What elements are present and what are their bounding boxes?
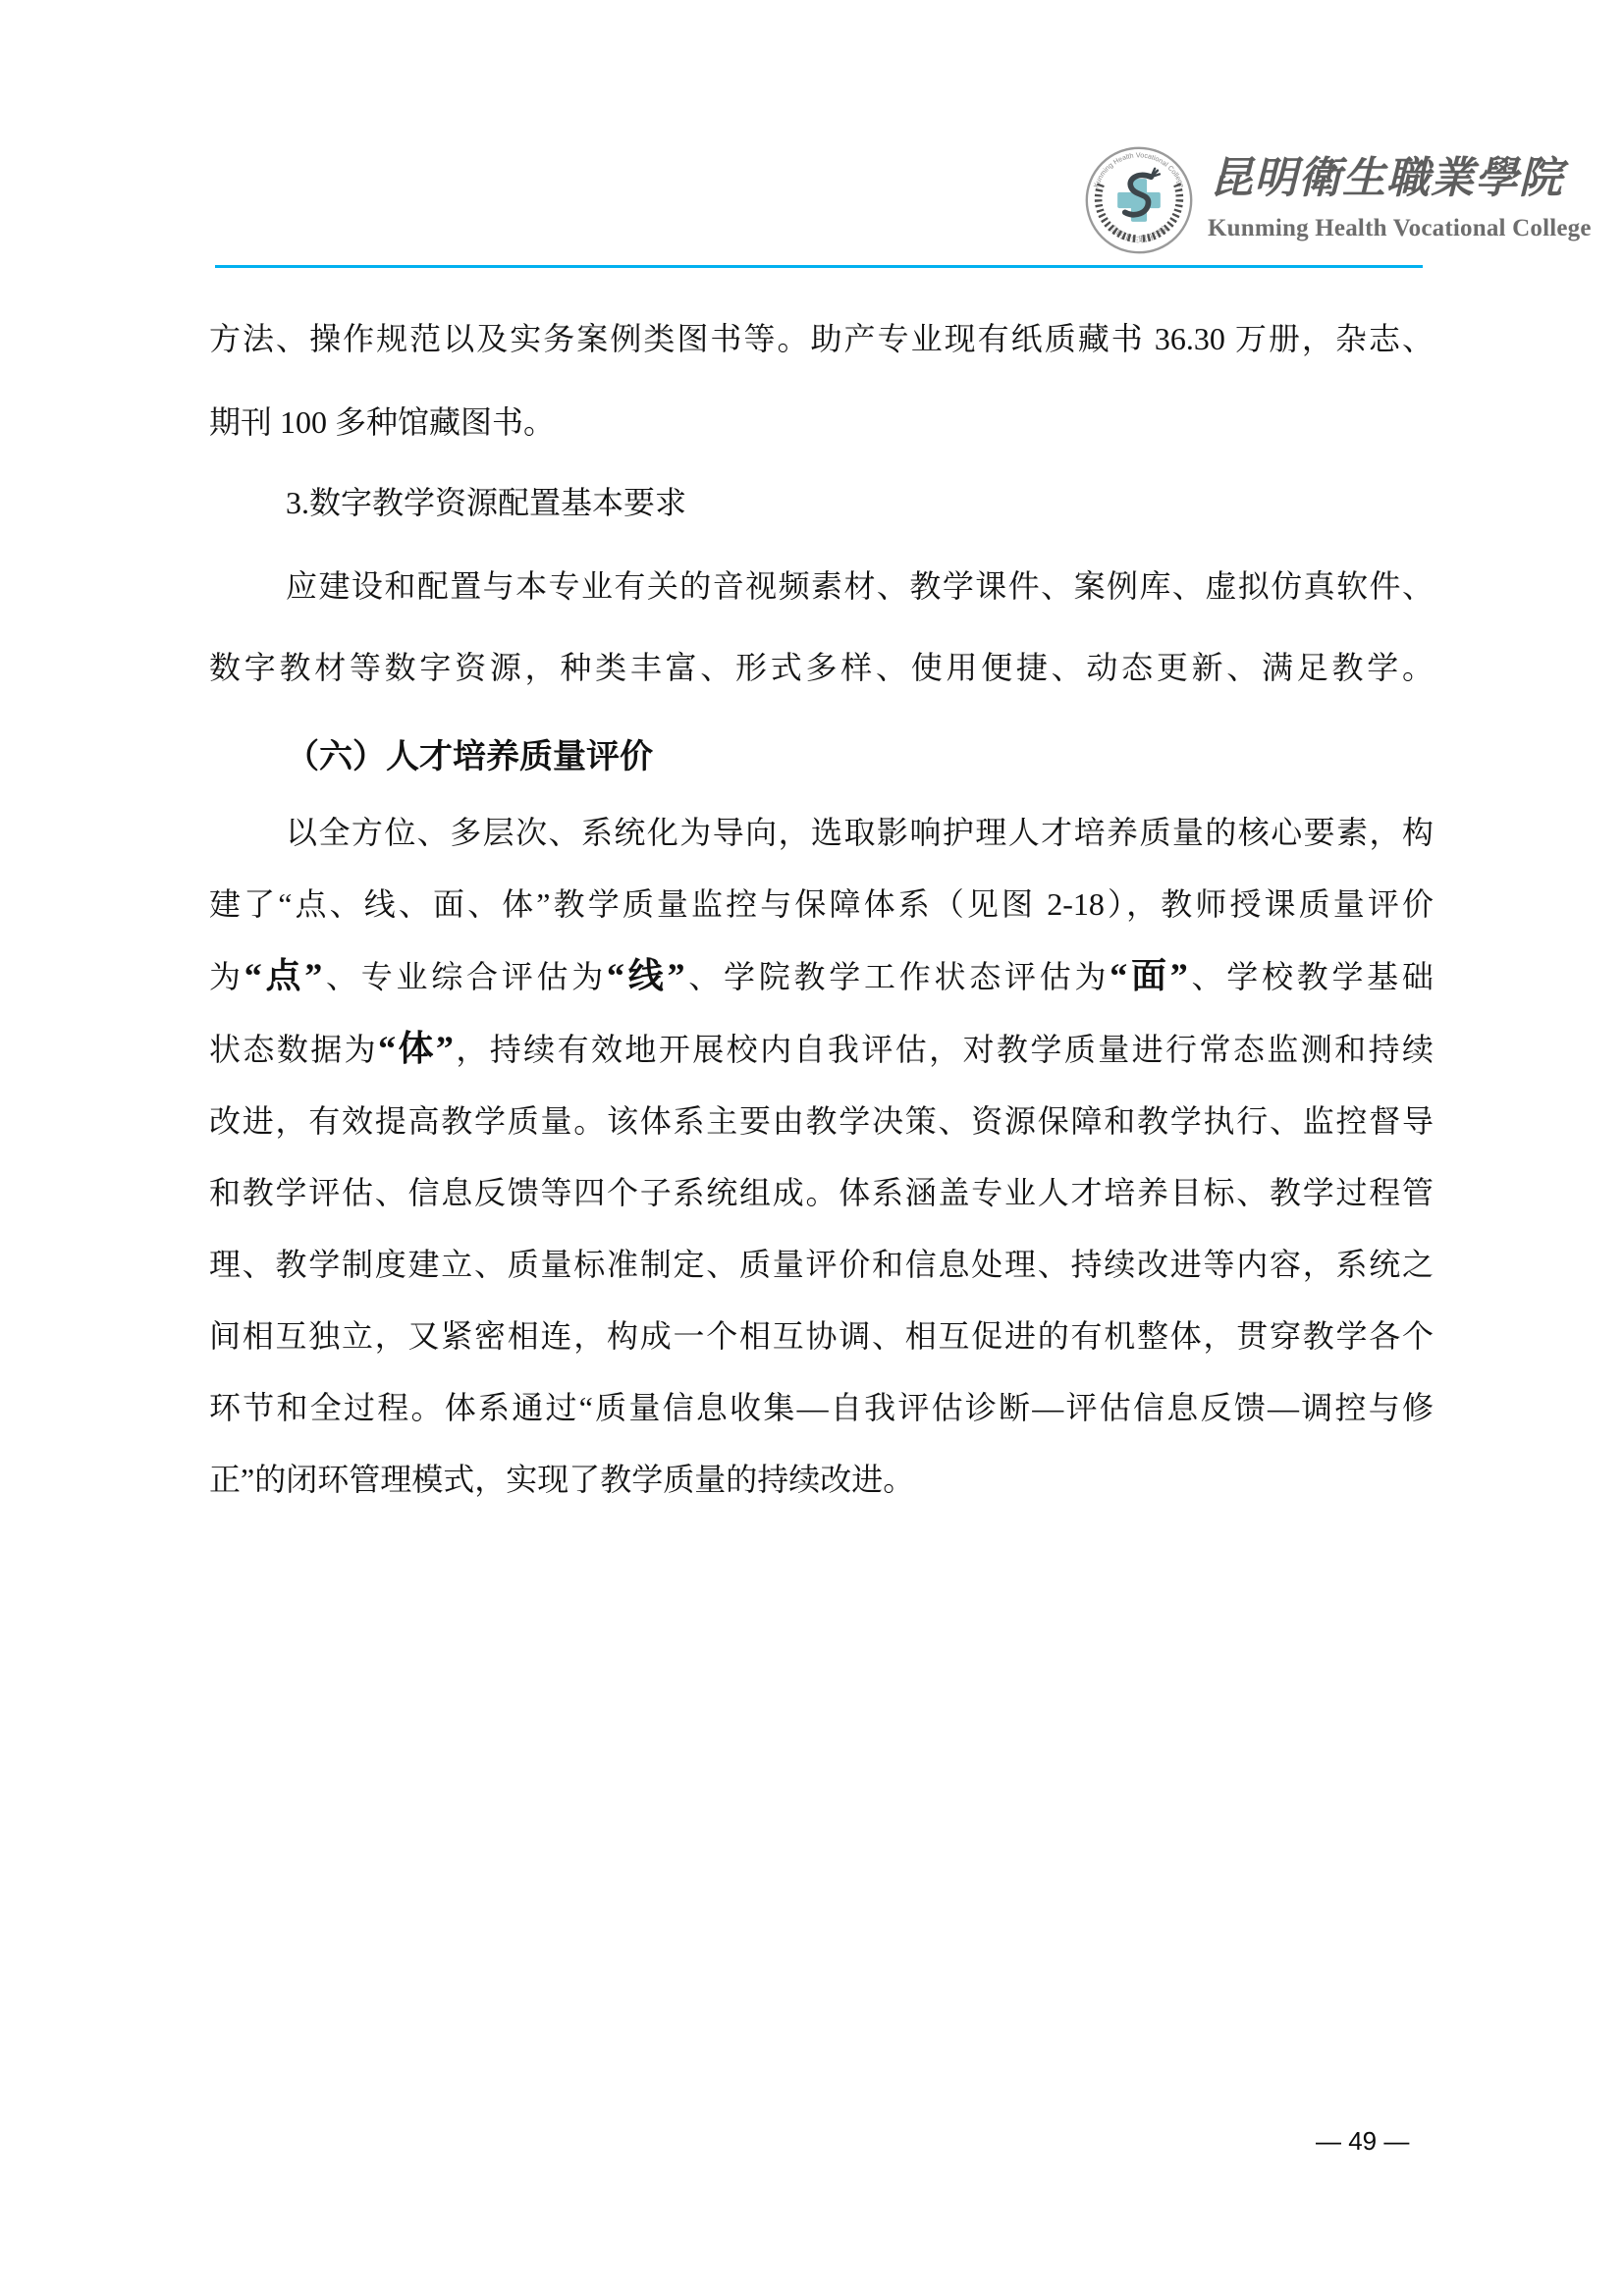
text-segment: 以全方位、多层次、系统化为导向，选取影响护理人才培养质量的核心要素，构 bbox=[286, 815, 1434, 850]
college-seal-logo: Kunming Health Vocational College 昆明卫生职业… bbox=[1083, 144, 1195, 256]
text-segment-bold: “点” bbox=[244, 956, 323, 995]
text-line: 间相互独立，又紧密相连，构成一个相互协调、相互促进的有机整体，贯穿教学各个 bbox=[209, 1301, 1434, 1372]
text-line: 数字教材等数字资源，种类丰富、形式多样、使用便捷、动态更新、满足教学。 bbox=[209, 627, 1434, 709]
text-segment: ，持续有效地开展校内自我评估，对教学质量进行常态监测和持续 bbox=[454, 1032, 1434, 1067]
text-segment: 、学校教学基础 bbox=[1188, 959, 1434, 994]
text-line: 理、教学制度建立、质量标准制定、质量评价和信息处理、持续改进等内容，系统之 bbox=[209, 1229, 1434, 1301]
section-heading: （六）人才培养质量评价 bbox=[209, 728, 1434, 787]
text-segment: 状态数据为 bbox=[209, 1032, 378, 1067]
text-segment: 改进，有效提高教学质量。该体系主要由教学决策、资源保障和教学执行、监控督导 bbox=[209, 1103, 1434, 1139]
text-line: 3.数字教学资源配置基本要求 bbox=[209, 461, 1434, 545]
text-segment-bold: “线” bbox=[607, 956, 685, 995]
college-name-calligraphy: 昆明衛生職業學院 bbox=[1210, 147, 1553, 210]
text-segment: 和教学评估、信息反馈等四个子系统组成。体系涵盖专业人才培养目标、教学过程管 bbox=[209, 1175, 1434, 1210]
text-segment-bold: “体” bbox=[378, 1029, 454, 1068]
header-divider-line bbox=[215, 265, 1423, 268]
paragraph: 应建设和配置与本专业有关的音视频素材、教学课件、案例库、虚拟仿真软件、 数字教材… bbox=[209, 546, 1434, 709]
text-line: 和教学评估、信息反馈等四个子系统组成。体系涵盖专业人才培养目标、教学过程管 bbox=[209, 1157, 1434, 1229]
text-segment: 建了“点、线、面、体”教学质量监控与保障体系（见图 2-18），教师授课质量评价 bbox=[209, 886, 1434, 922]
college-name-english: Kunming Health Vocational College bbox=[1208, 214, 1571, 243]
text-line: 建了“点、线、面、体”教学质量监控与保障体系（见图 2-18），教师授课质量评价 bbox=[209, 869, 1434, 940]
text-line: 为“点”、专业综合评估为“线”、学院教学工作状态评估为“面”、学校教学基础 bbox=[209, 940, 1434, 1013]
page-number: — 49 — bbox=[1316, 2126, 1443, 2156]
text-line: 应建设和配置与本专业有关的音视频素材、教学课件、案例库、虚拟仿真软件、 bbox=[209, 546, 1434, 627]
paragraph: 方法、操作规范以及实务案例类图书等。助产专业现有纸质藏书 36.30 万册，杂志… bbox=[209, 297, 1434, 464]
paragraph: 3.数字教学资源配置基本要求 bbox=[209, 461, 1434, 545]
text-line: 改进，有效提高教学质量。该体系主要由教学决策、资源保障和教学执行、监控督导 bbox=[209, 1086, 1434, 1157]
text-segment: 间相互独立，又紧密相连，构成一个相互协调、相互促进的有机整体，贯穿教学各个 bbox=[209, 1318, 1434, 1354]
text-line: 期刊 100 多种馆藏图书。 bbox=[209, 381, 1434, 464]
paragraph: 以全方位、多层次、系统化为导向，选取影响护理人才培养质量的核心要素，构 建了“点… bbox=[209, 797, 1434, 1516]
text-line: 状态数据为“体”，持续有效地开展校内自我评估，对教学质量进行常态监测和持续 bbox=[209, 1013, 1434, 1086]
text-line: 正”的闭环管理模式，实现了教学质量的持续改进。 bbox=[209, 1444, 1434, 1516]
text-line: 以全方位、多层次、系统化为导向，选取影响护理人才培养质量的核心要素，构 bbox=[209, 797, 1434, 869]
text-segment: 环节和全过程。体系通过“质量信息收集—自我评估诊断—评估信息反馈—调控与修 bbox=[209, 1390, 1434, 1425]
text-segment-bold: “面” bbox=[1110, 956, 1188, 995]
text-segment: 为 bbox=[209, 959, 244, 994]
text-line: 环节和全过程。体系通过“质量信息收集—自我评估诊断—评估信息反馈—调控与修 bbox=[209, 1372, 1434, 1444]
text-line: 方法、操作规范以及实务案例类图书等。助产专业现有纸质藏书 36.30 万册，杂志… bbox=[209, 297, 1434, 381]
text-segment: 正”的闭环管理模式，实现了教学质量的持续改进。 bbox=[209, 1462, 914, 1497]
text-segment: 理、教学制度建立、质量标准制定、质量评价和信息处理、持续改进等内容，系统之 bbox=[209, 1247, 1434, 1282]
text-segment: 、专业综合评估为 bbox=[322, 959, 607, 994]
document-page: Kunming Health Vocational College 昆明卫生职业… bbox=[0, 0, 1624, 2296]
text-segment: 、学院教学工作状态评估为 bbox=[684, 959, 1110, 994]
